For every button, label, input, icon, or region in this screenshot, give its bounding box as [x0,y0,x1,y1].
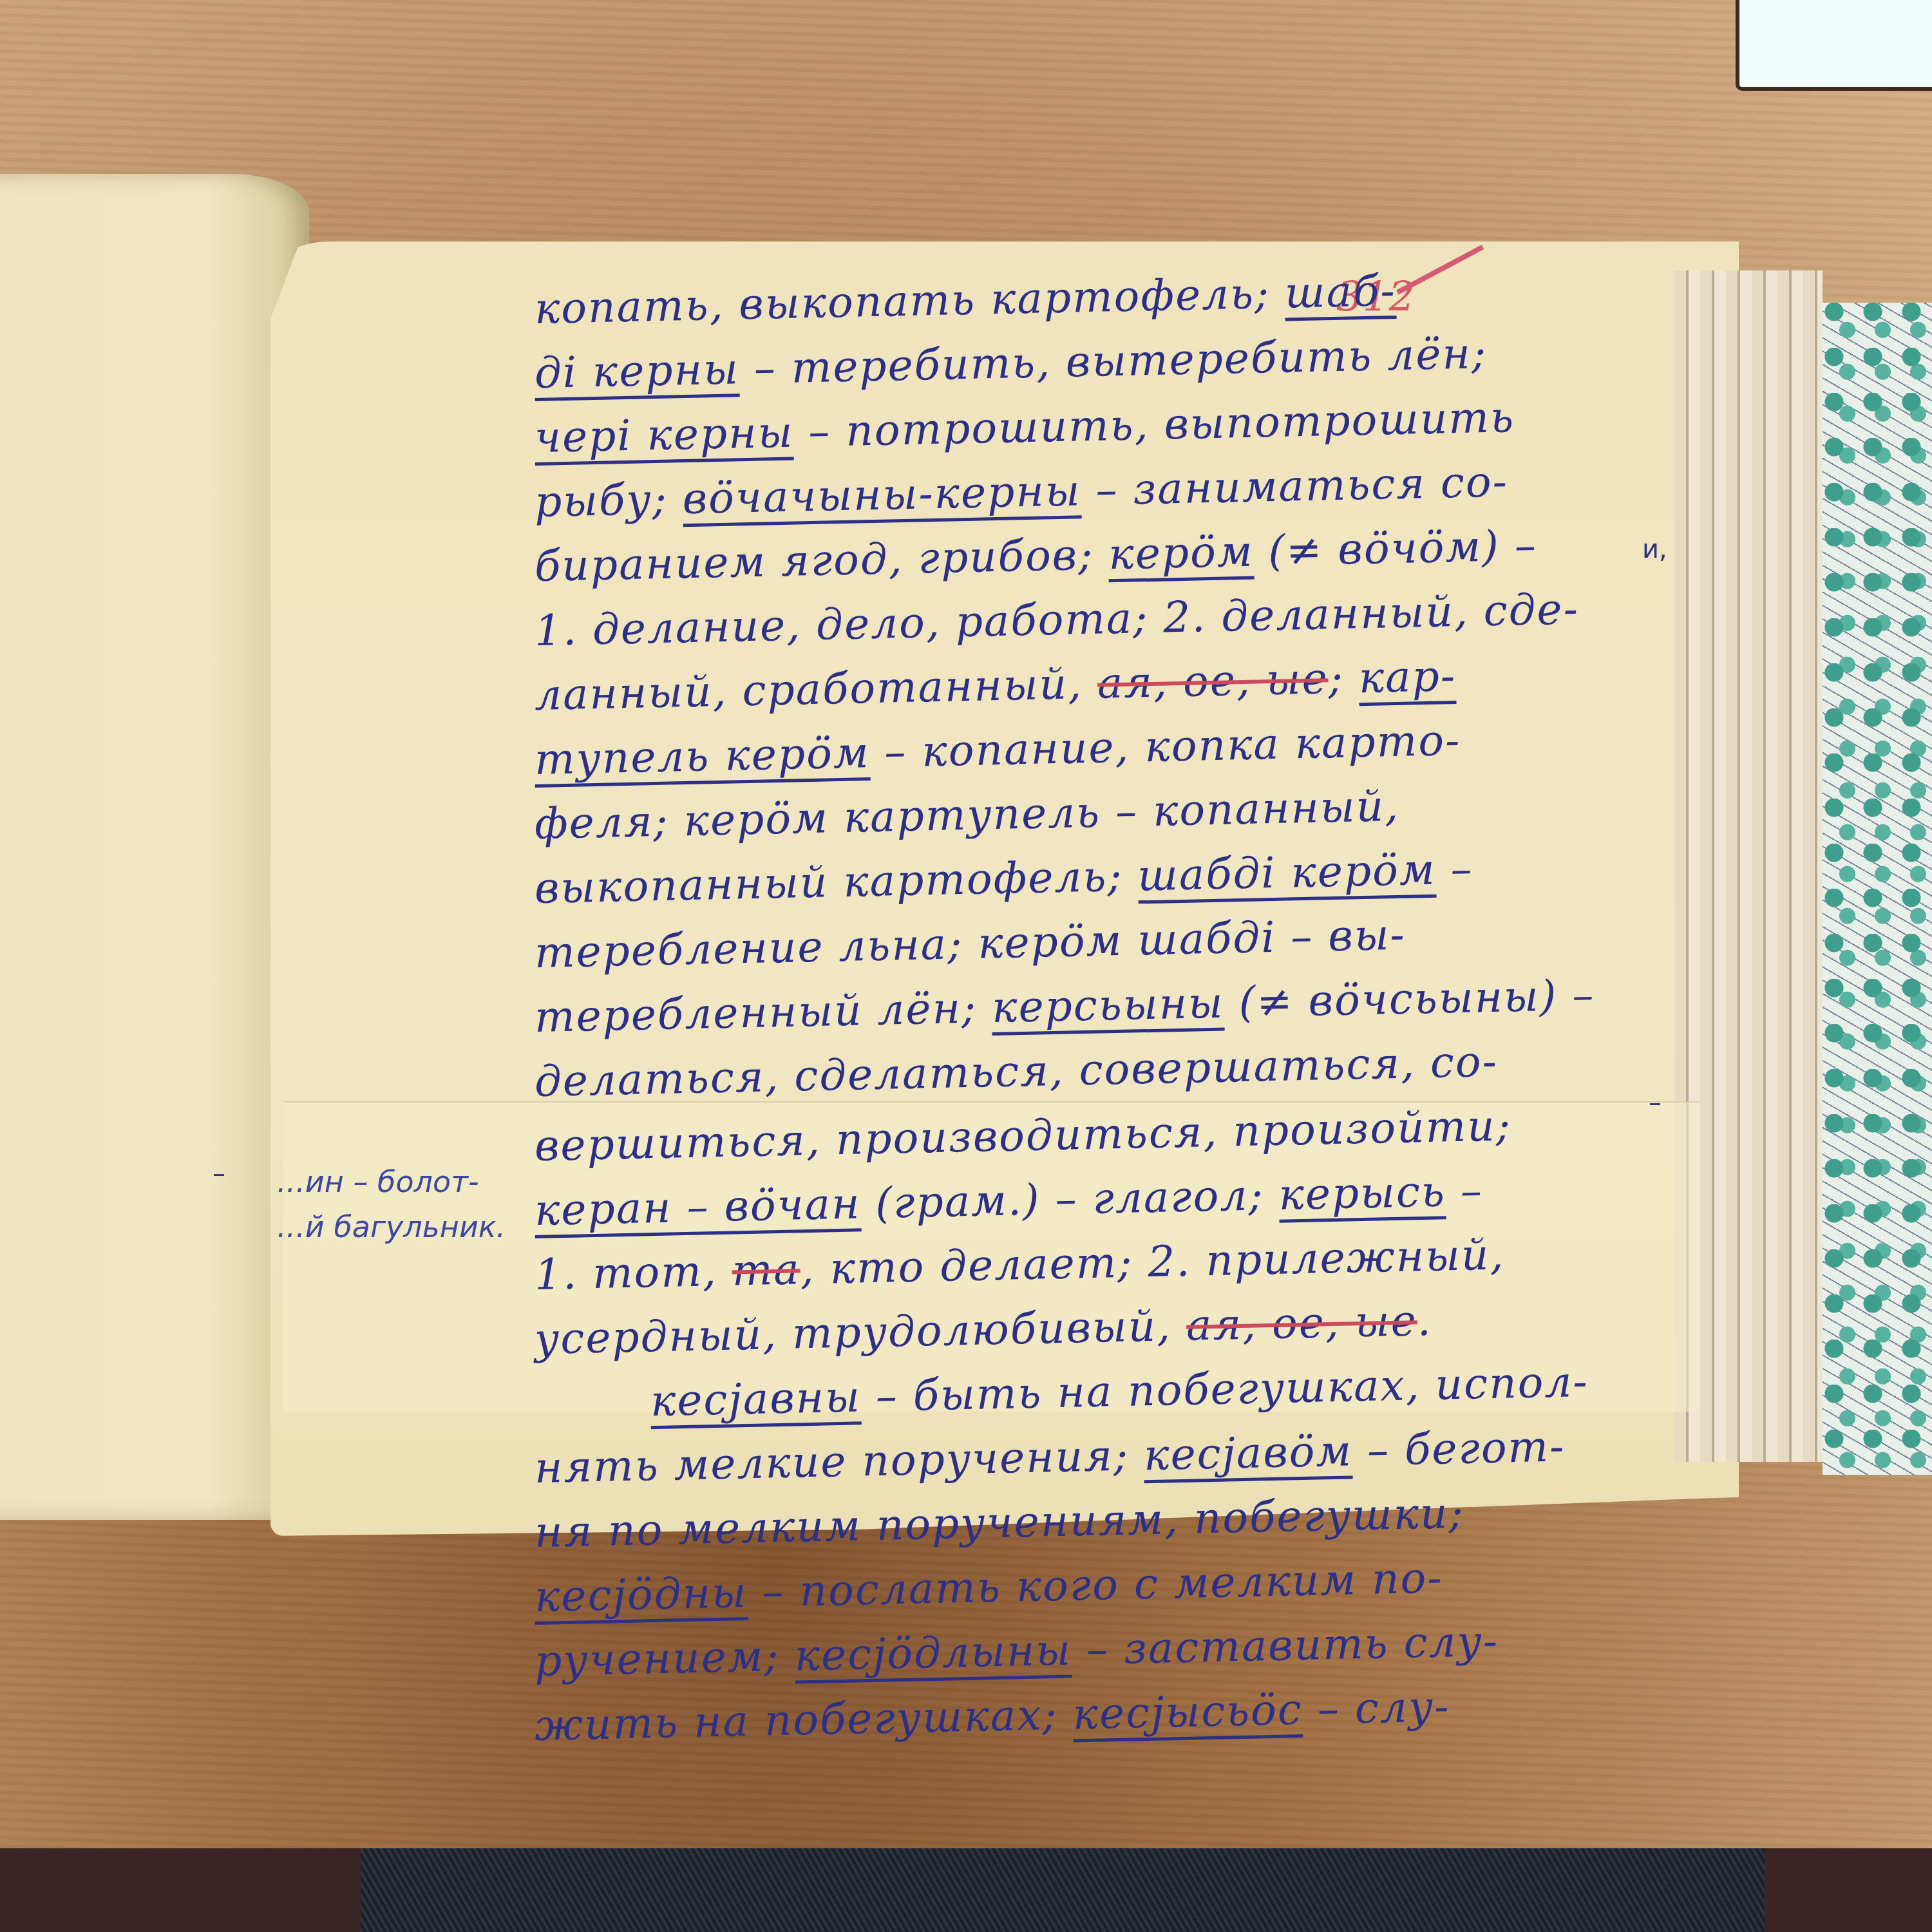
margin-mark: – [1649,1088,1662,1118]
margin-note: ...ин – болот- ...й багульник. [277,1159,506,1249]
red-strikethrough: ая, ое, ые [1097,654,1329,708]
red-strikethrough: ая, ое, ые [1186,1296,1417,1350]
left-page-blank [0,174,309,1520]
margin-mark: – [213,1159,225,1189]
red-strikethrough: та [732,1244,801,1295]
handwritten-text: копать, выкопать картофель; шаб- дi керн… [535,277,1694,1758]
marbled-cover [1823,303,1932,1475]
monitor-corner [1736,0,1932,91]
chair-mesh [361,1848,1765,1932]
margin-mark: и, [1642,535,1667,564]
